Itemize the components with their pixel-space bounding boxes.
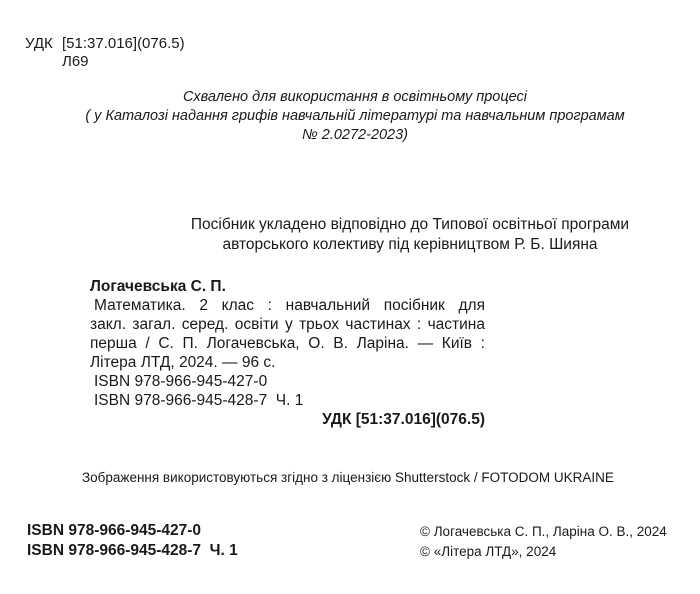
udk-label: УДК: [25, 35, 53, 52]
author-name: Логачевська С. П.: [90, 277, 485, 296]
program-line: Посібник укладено відповідно до Типової …: [0, 215, 700, 235]
record-udk: УДК [51:37.016](076.5): [90, 410, 485, 429]
program-line: авторського колективу під керівництвом Р…: [0, 235, 700, 255]
copyright-line: © Логачевська С. П., Ларіна О. В., 2024: [420, 522, 667, 542]
description-line: Літера ЛТД, 2024. — 96 с.: [90, 353, 485, 372]
approval-line: ( у Каталозі надання грифів навчальній л…: [0, 107, 700, 126]
footer-isbn-block: ISBN 978-966-945-427-0 ISBN 978-966-945-…: [27, 521, 238, 561]
description-line: закл. загал. серед. освіти у трьох части…: [90, 315, 485, 334]
approval-line: № 2.0272-2023): [0, 126, 700, 145]
description-line: перша / С. П. Логачевська, О. В. Ларіна.…: [90, 334, 485, 353]
copyright-block: © Логачевська С. П., Ларіна О. В., 2024 …: [420, 522, 667, 562]
copyright-line: © «Літера ЛТД», 2024: [420, 542, 667, 562]
description-line: Математика. 2 клас : навчальний посібник…: [90, 296, 485, 315]
footer-isbn-line: ISBN 978-966-945-427-0: [27, 521, 238, 541]
license-note: Зображення використовуються згідно з ліц…: [82, 470, 614, 485]
footer-isbn-line: ISBN 978-966-945-428-7 Ч. 1: [27, 541, 238, 561]
author-mark: Л69: [62, 53, 89, 70]
isbn-line: ISBN 978-966-945-428-7 Ч. 1: [90, 391, 485, 410]
approval-line: Схвалено для використання в освітньому п…: [0, 88, 700, 107]
program-statement: Посібник укладено відповідно до Типової …: [0, 215, 700, 255]
approval-notice: Схвалено для використання в освітньому п…: [0, 88, 700, 145]
udk-code: [51:37.016](076.5): [62, 35, 185, 52]
bibliographic-record: Логачевська С. П. Математика. 2 клас : н…: [90, 277, 485, 429]
isbn-line: ISBN 978-966-945-427-0: [90, 372, 485, 391]
